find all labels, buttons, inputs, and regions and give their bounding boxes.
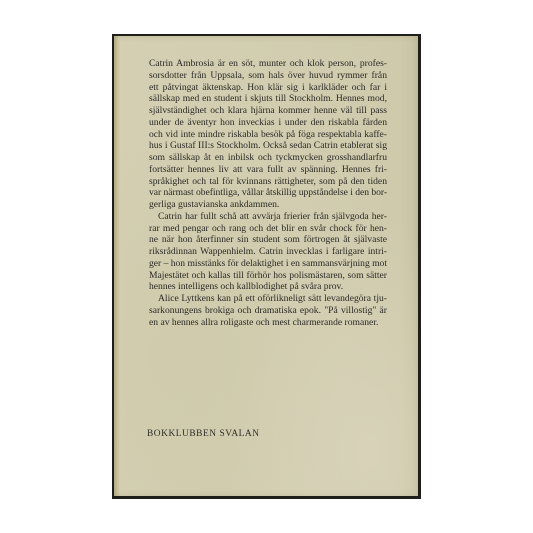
blurb-line: var närmast obefintliga, vållar åtskilli…: [149, 187, 387, 199]
blurb-line: Majestätet och kallas till förhör hos po…: [149, 270, 387, 282]
blurb-line: ne när hon återfinner sin student som fö…: [149, 234, 387, 246]
blurb-line: sarkonungens brokiga och dramatiska epok…: [149, 305, 387, 317]
blurb-line: språkighet och tal för kvinnans rättighe…: [149, 176, 387, 188]
blurb-line: Alice Lyttkens kan på ett oförlikneligt …: [149, 293, 387, 305]
blurb-line: som sällskap åt en inbilsk och tyckmycke…: [149, 152, 387, 164]
blurb-line: ger – hon misstänks för delaktighet i en…: [149, 258, 387, 270]
blurb-line: sällskap med en student i skjuts till St…: [149, 93, 387, 105]
blurb-line: rar med pengar och rang och det blir en …: [149, 223, 387, 235]
blurb-line: självständighet och klara hjärna kommer …: [149, 105, 387, 117]
blurb-line: hennes intelligens och kallblodighet på …: [149, 281, 387, 293]
blurb-line: sorsdotter från Uppsala, som hals över h…: [149, 70, 387, 82]
blurb-line: ett påtvingat äktenskap. Hon klär sig i …: [149, 82, 387, 94]
blurb-line: riksrådinnan Wappenhielm. Catrin inveckl…: [149, 246, 387, 258]
blurb-line: Catrin har fullt schå att avvärja frieri…: [149, 211, 387, 223]
blurb-line: och vid inte mindre riskabla besök på fö…: [149, 129, 387, 141]
blurb-line: hus i Gustaf III:s Stockholm. Också seda…: [149, 140, 387, 152]
blurb-text: Catrin Ambrosia är en söt, munter och kl…: [149, 58, 387, 328]
blurb-paragraph: Catrin har fullt schå att avvärja frieri…: [149, 211, 387, 293]
publisher-imprint: BOKKLUBBEN SVALAN: [147, 429, 260, 439]
blurb-paragraph: Alice Lyttkens kan på ett oförlikneligt …: [149, 293, 387, 328]
blurb-line: gerliga gustavianska ankdammen.: [149, 199, 387, 211]
blurb-line: under de äventyr hon inveckias i under d…: [149, 117, 387, 129]
blurb-line: Catrin Ambrosia är en söt, munter och kl…: [149, 58, 387, 70]
blurb-line: fortsätter hennes liv att vara fullt av …: [149, 164, 387, 176]
book-back-cover: Catrin Ambrosia är en söt, munter och kl…: [112, 34, 421, 499]
blurb-line: en av hennes allra roligaste och mest ch…: [149, 317, 387, 329]
blurb-paragraph: Catrin Ambrosia är en söt, munter och kl…: [149, 58, 387, 211]
